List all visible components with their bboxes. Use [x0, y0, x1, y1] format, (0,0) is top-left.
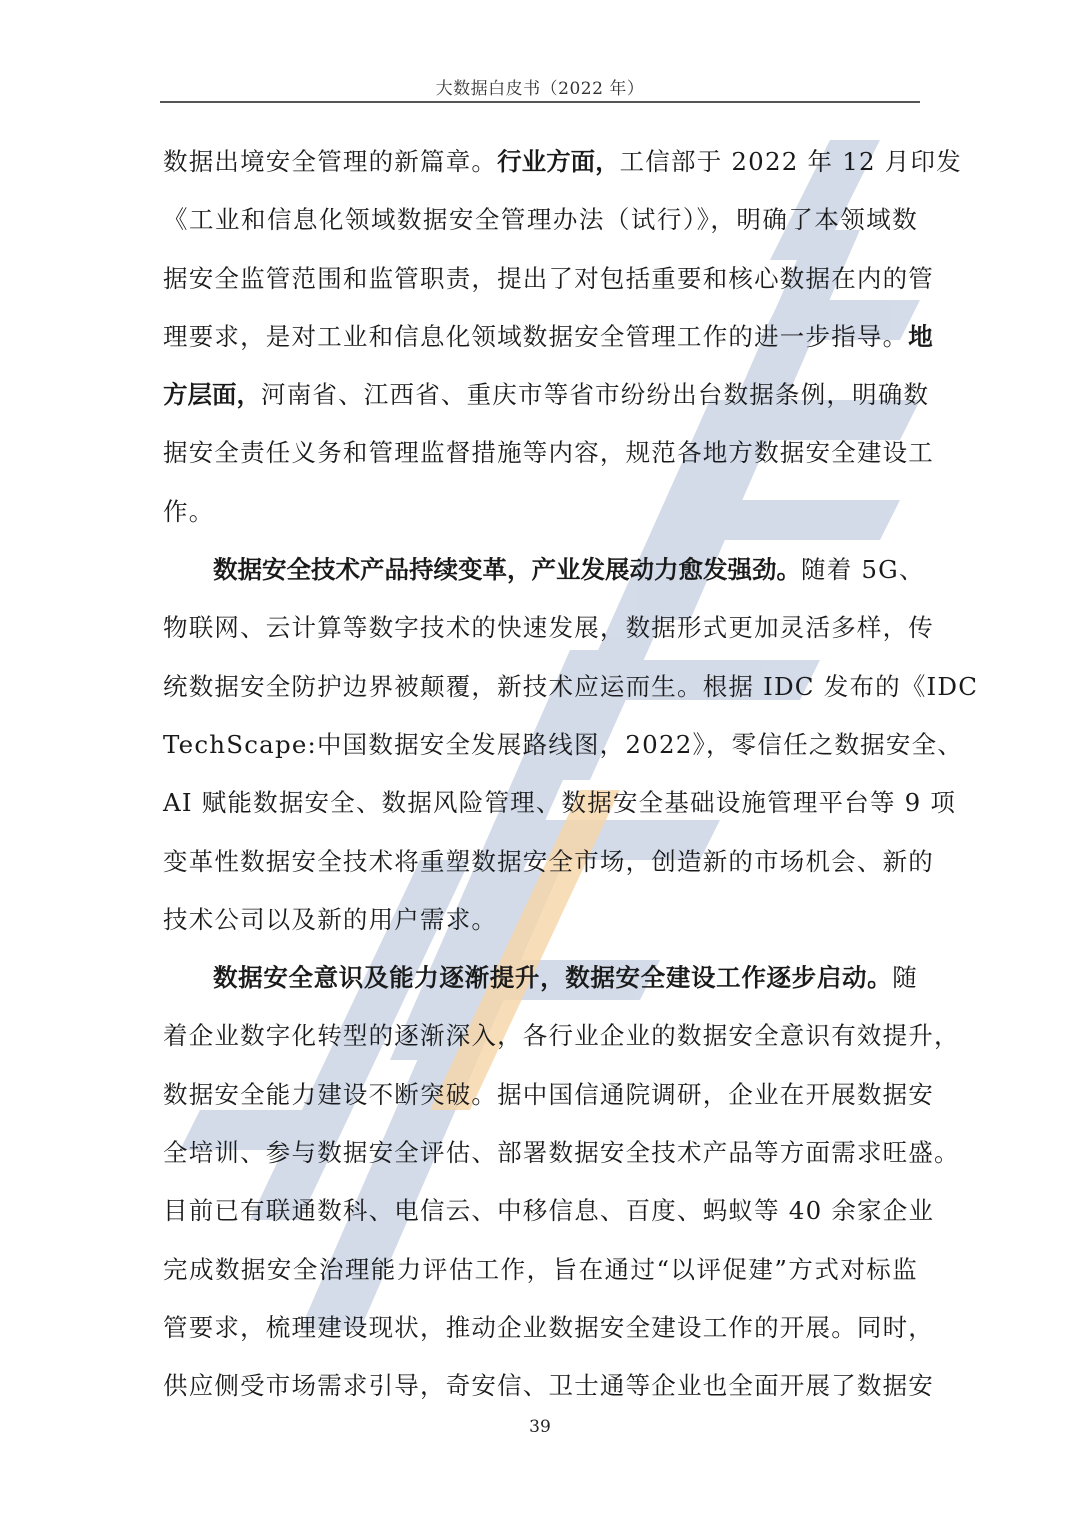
text-segment: 统数据安全防护边界被颠覆，新技术应运而生。根据 IDC 发布的《IDC	[163, 672, 978, 701]
text-segment: 理要求，是对工业和信息化领域数据安全管理工作的进一步指导。	[163, 322, 908, 351]
text-line: 作。	[163, 483, 918, 541]
text-line: 数据安全技术产品持续变革，产业发展动力愈发强劲。随着 5G、	[163, 541, 918, 599]
text-segment: 管要求，梳理建设现状，推动企业数据安全建设工作的开展。同时，	[163, 1313, 934, 1342]
text-segment: AI 赋能数据安全、数据风险管理、数据安全基础设施管理平台等 9 项	[163, 788, 956, 817]
bold-lead-text: 数据安全意识及能力逐渐提升，数据安全建设工作逐步启动。	[213, 963, 892, 992]
text-segment: 作。	[163, 497, 214, 526]
text-segment: 据安全责任义务和管理监督措施等内容，规范各地方数据安全建设工	[163, 438, 934, 467]
text-line: 变革性数据安全技术将重塑数据安全市场，创造新的市场机会、新的	[163, 833, 918, 891]
text-line: TechScape:中国数据安全发展路线图，2022》，零信任之数据安全、	[163, 716, 918, 774]
text-line: 物联网、云计算等数字技术的快速发展，数据形式更加灵活多样，传	[163, 599, 918, 657]
text-line: 技术公司以及新的用户需求。	[163, 891, 918, 949]
text-line: 全培训、参与数据安全评估、部署数据安全技术产品等方面需求旺盛。	[163, 1124, 918, 1182]
text-line: 方层面，河南省、江西省、重庆市等省市纷纷出台数据条例，明确数	[163, 366, 918, 424]
bold-lead-text: 数据安全技术产品持续变革，产业发展动力愈发强劲。	[213, 555, 801, 584]
text-line: 着企业数字化转型的逐渐深入，各行业企业的数据安全意识有效提升，	[163, 1007, 918, 1065]
running-header: 大数据白皮书（2022 年）	[160, 74, 920, 99]
text-line: 完成数据安全治理能力评估工作，旨在通过“以评促建”方式对标监	[163, 1241, 918, 1299]
text-line: 据安全监管范围和监管职责，提出了对包括重要和核心数据在内的管	[163, 250, 918, 308]
text-line: 目前已有联通数科、电信云、中移信息、百度、蚂蚁等 40 余家企业	[163, 1182, 918, 1240]
text-line: 管要求，梳理建设现状，推动企业数据安全建设工作的开展。同时，	[163, 1299, 918, 1357]
text-segment: 数据安全能力建设不断突破。据中国信通院调研，企业在开展数据安	[163, 1080, 934, 1109]
text-segment: 变革性数据安全技术将重塑数据安全市场，创造新的市场机会、新的	[163, 847, 934, 876]
text-segment: 技术公司以及新的用户需求。	[163, 905, 497, 934]
text-segment: 随着 5G、	[801, 555, 925, 584]
text-line: 据安全责任义务和管理监督措施等内容，规范各地方数据安全建设工	[163, 424, 918, 482]
header-divider	[160, 101, 920, 103]
text-segment: 物联网、云计算等数字技术的快速发展，数据形式更加灵活多样，传	[163, 613, 934, 642]
text-segment: 河南省、江西省、重庆市等省市纷纷出台数据条例，明确数	[261, 380, 929, 409]
text-line: 数据安全能力建设不断突破。据中国信通院调研，企业在开展数据安	[163, 1066, 918, 1124]
text-line: 统数据安全防护边界被颠覆，新技术应运而生。根据 IDC 发布的《IDC	[163, 658, 918, 716]
paragraph: 数据安全技术产品持续变革，产业发展动力愈发强劲。随着 5G、物联网、云计算等数字…	[163, 541, 918, 949]
text-line: 数据出境安全管理的新篇章。行业方面，工信部于 2022 年 12 月印发	[163, 133, 918, 191]
bold-lead-text: 地	[908, 322, 933, 351]
text-segment: 供应侧受市场需求引导，奇安信、卫士通等企业也全面开展了数据安	[163, 1371, 934, 1400]
text-segment: 着企业数字化转型的逐渐深入，各行业企业的数据安全意识有效提升，	[163, 1021, 960, 1050]
body-text: 数据出境安全管理的新篇章。行业方面，工信部于 2022 年 12 月印发《工业和…	[163, 133, 918, 1416]
text-segment: 全培训、参与数据安全评估、部署数据安全技术产品等方面需求旺盛。	[163, 1138, 960, 1167]
text-line: 数据安全意识及能力逐渐提升，数据安全建设工作逐步启动。随	[163, 949, 918, 1007]
page-number: 39	[0, 1417, 1080, 1437]
text-segment: 目前已有联通数科、电信云、中移信息、百度、蚂蚁等 40 余家企业	[163, 1196, 934, 1225]
text-segment: 《工业和信息化领域数据安全管理办法（试行）》，明确了本领域数	[163, 205, 918, 234]
text-line: AI 赋能数据安全、数据风险管理、数据安全基础设施管理平台等 9 项	[163, 774, 918, 832]
text-line: 理要求，是对工业和信息化领域数据安全管理工作的进一步指导。地	[163, 308, 918, 366]
text-segment: 随	[892, 963, 918, 992]
bold-lead-text: 方层面，	[163, 380, 261, 409]
text-segment: 据安全监管范围和监管职责，提出了对包括重要和核心数据在内的管	[163, 264, 934, 293]
text-segment: 工信部于 2022 年 12 月印发	[620, 147, 962, 176]
paragraph: 数据出境安全管理的新篇章。行业方面，工信部于 2022 年 12 月印发《工业和…	[163, 133, 918, 541]
text-line: 《工业和信息化领域数据安全管理办法（试行）》，明确了本领域数	[163, 191, 918, 249]
text-line: 供应侧受市场需求引导，奇安信、卫士通等企业也全面开展了数据安	[163, 1357, 918, 1415]
text-segment: TechScape:中国数据安全发展路线图，2022》，零信任之数据安全、	[163, 730, 963, 759]
paragraph: 数据安全意识及能力逐渐提升，数据安全建设工作逐步启动。随着企业数字化转型的逐渐深…	[163, 949, 918, 1415]
bold-lead-text: 行业方面，	[497, 147, 620, 176]
text-segment: 完成数据安全治理能力评估工作，旨在通过“以评促建”方式对标监	[163, 1255, 918, 1284]
text-segment: 数据出境安全管理的新篇章。	[163, 147, 497, 176]
